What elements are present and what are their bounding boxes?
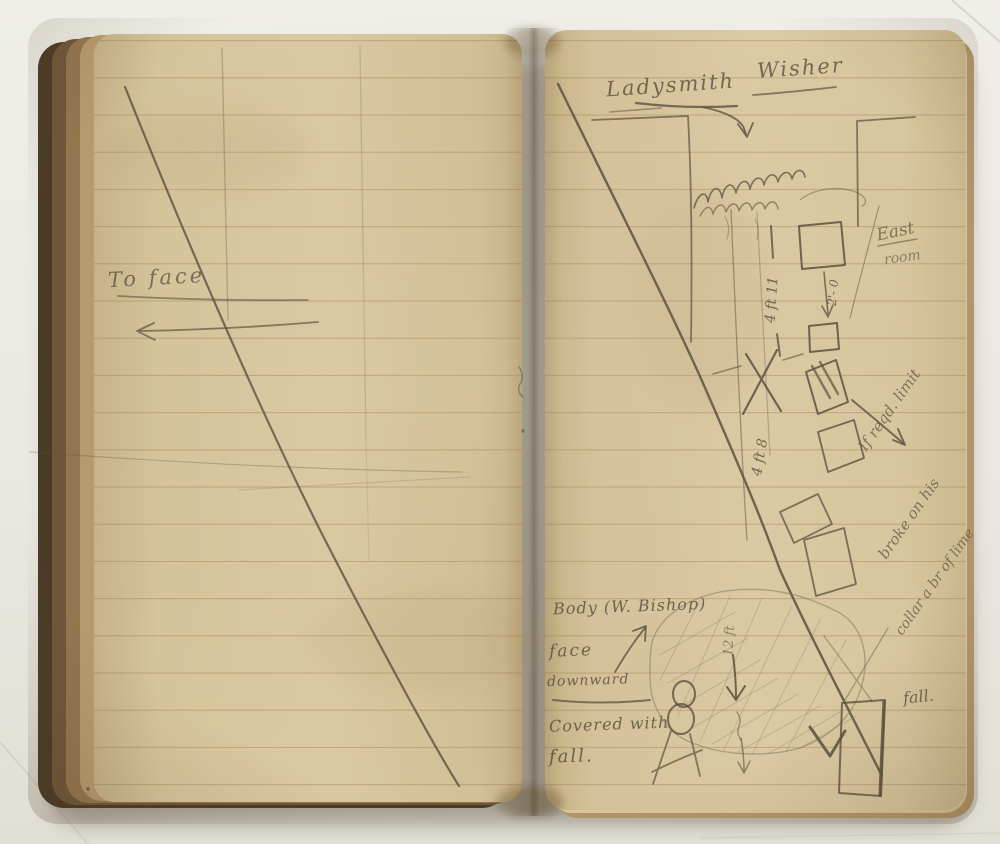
photo-of-open-notebook: To face Ladysmith Wisher [0,0,1000,844]
notebook-scene: To face Ladysmith Wisher [0,0,1000,844]
photo-vignette [28,18,978,824]
